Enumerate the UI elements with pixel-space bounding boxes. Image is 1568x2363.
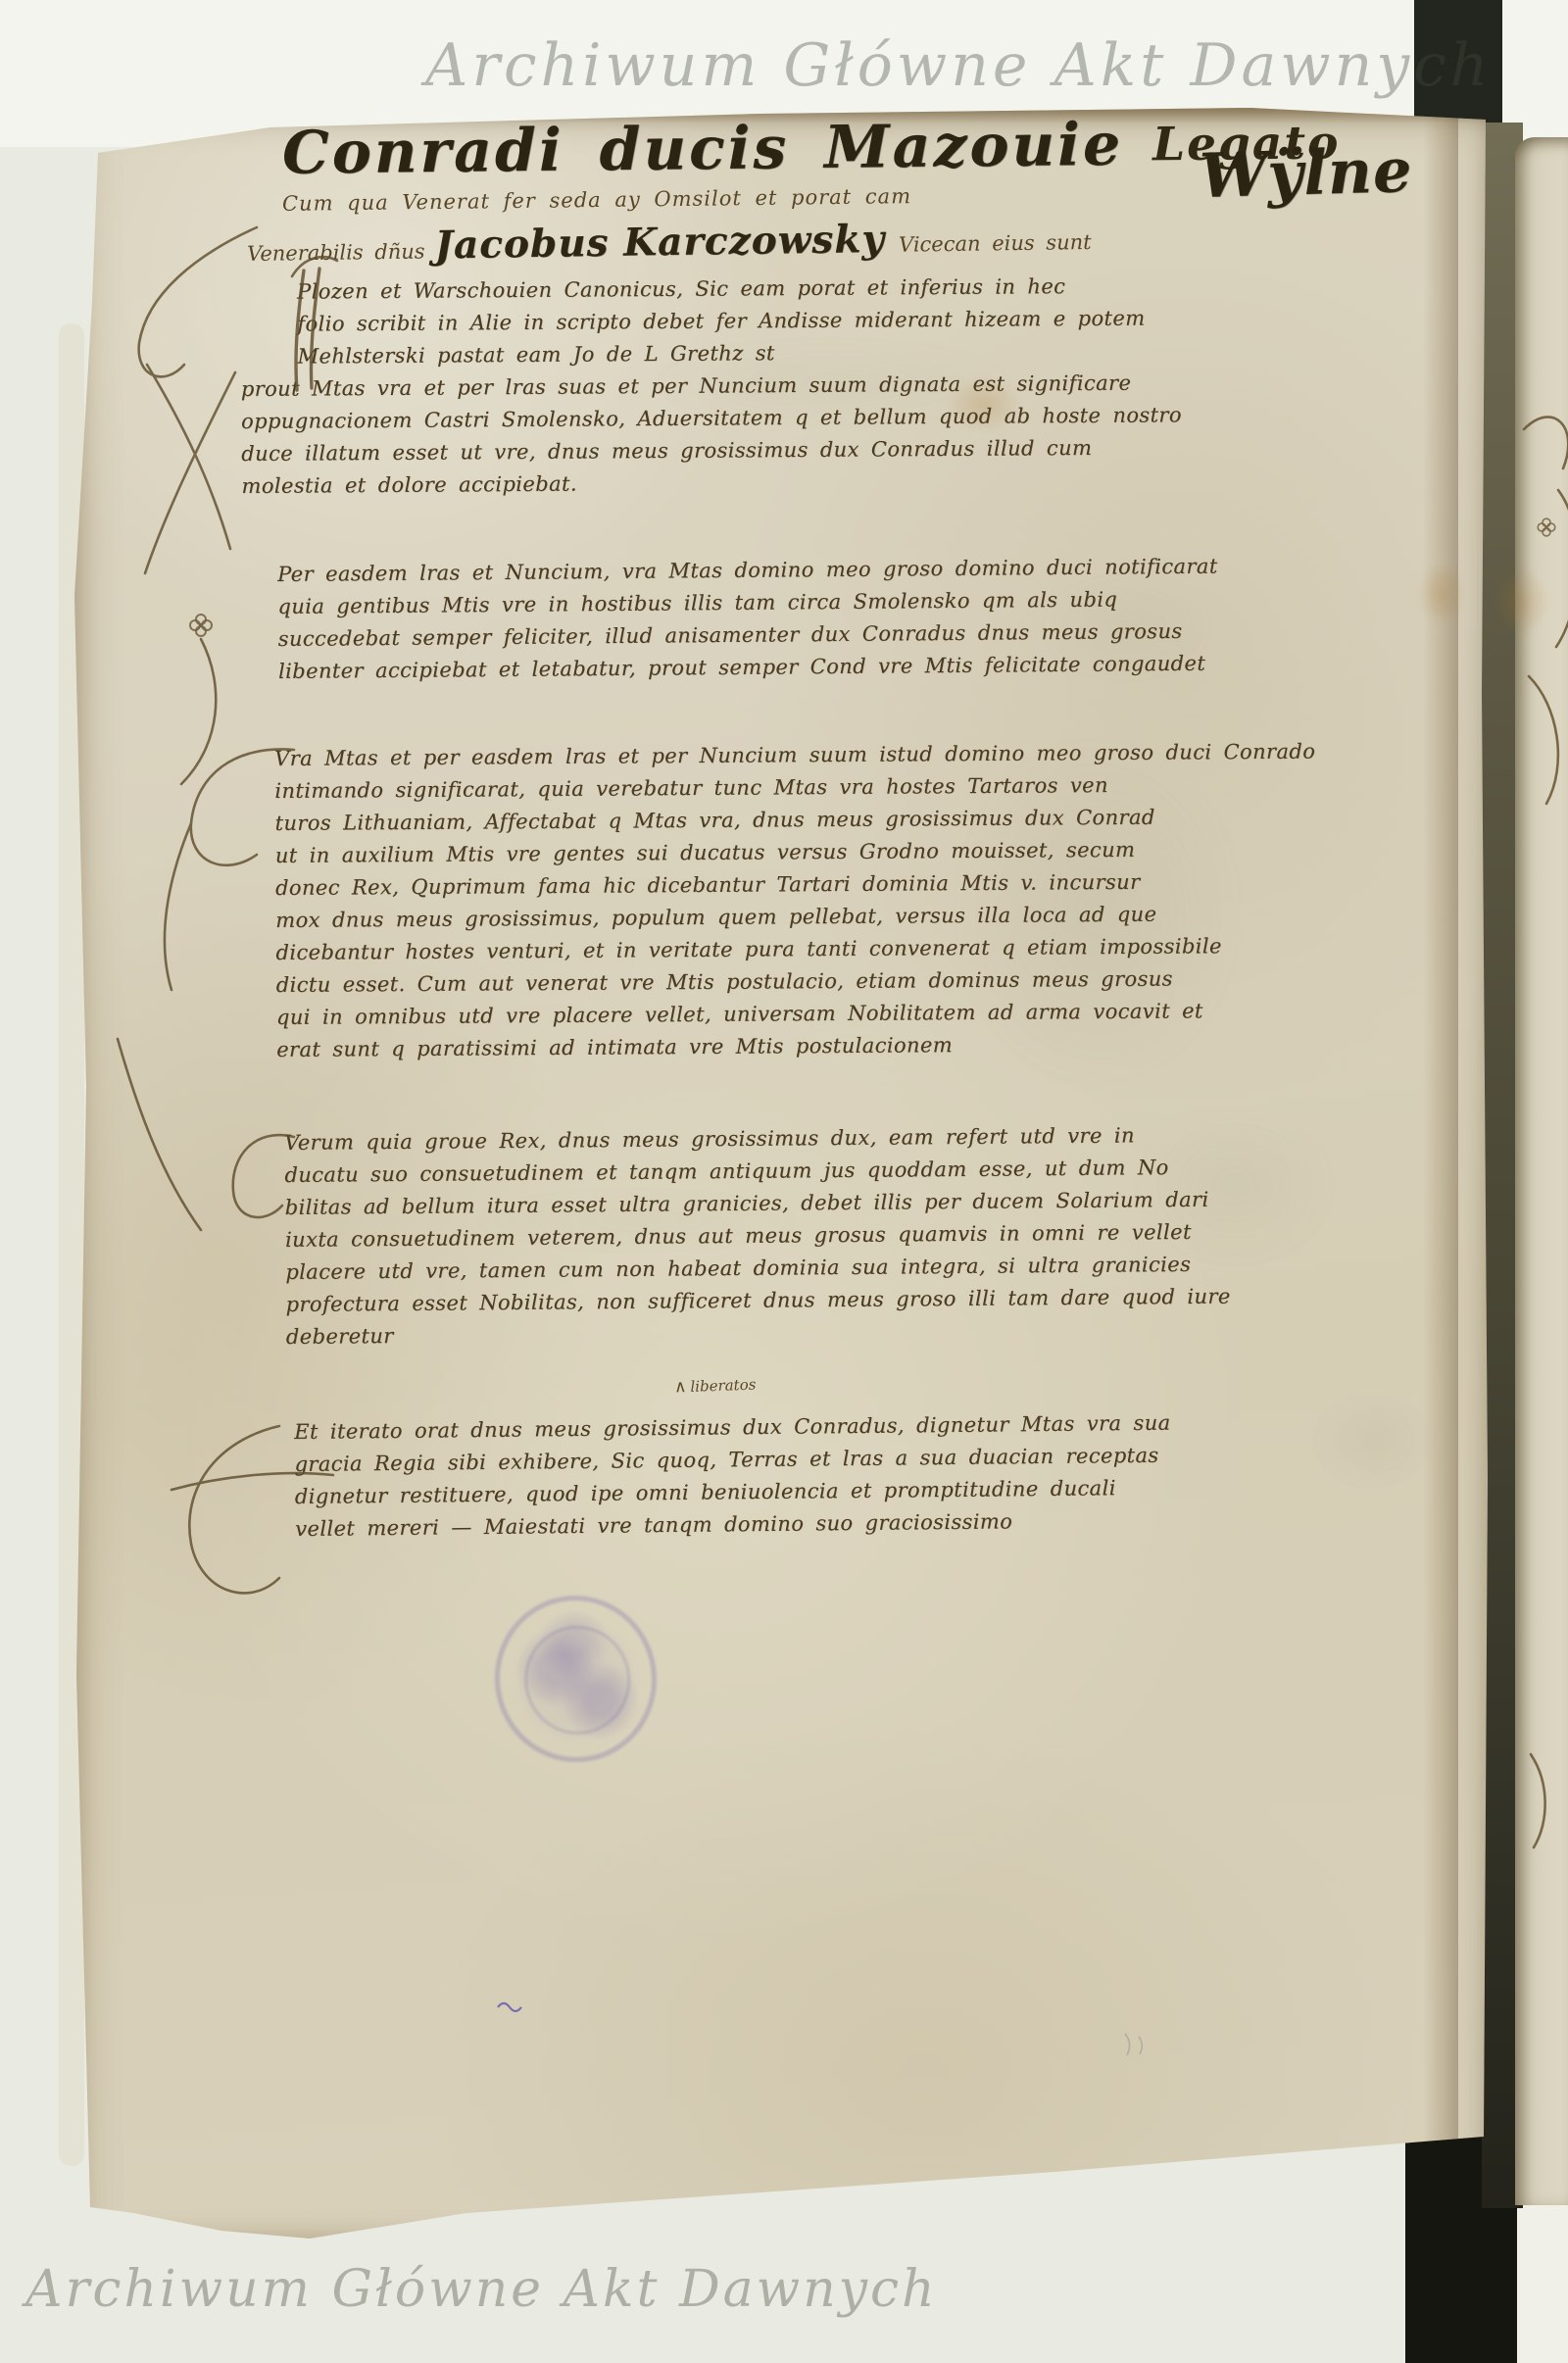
intro-post: Vicecan eius sunt [899, 230, 1092, 257]
paragraph-5: Et iterato orat dnus meus grosissimus du… [294, 1407, 1172, 1546]
quatrefoil-flower-icon [1537, 517, 1555, 536]
intro-line: Venerabilis dñusJacobus KarczowskyViceca… [247, 214, 1092, 271]
paper-stain [1486, 559, 1556, 645]
margin-place-note: Wÿlne [1199, 134, 1413, 212]
paper-stain [1411, 555, 1472, 633]
page-right-crease [1423, 106, 1458, 2244]
paragraph-4: Verum quia groue Rex, dnus meus grosissi… [284, 1119, 1231, 1354]
manuscript-line: folio scribit in Alie in scripto debet f… [297, 302, 1181, 340]
manuscript-line: molestia et dolore accipiebat. [241, 464, 1182, 503]
backdrop-bottom-right [1517, 2205, 1568, 2363]
archive-watermark-bottom: Archiwum Główne Akt Dawnych [25, 2260, 938, 2319]
paragraph-3: Vra Mtas et per easdem lras et per Nunci… [274, 736, 1317, 1066]
paragraph-2: Per easdem lras et Nuncium, vra Mtas dom… [277, 551, 1219, 688]
manuscript-page: Conradi ducis Mazouie Legato Wÿlne Cum q… [74, 106, 1492, 2244]
archive-photo: { "archive_watermark": { "text": "Archiw… [0, 0, 1568, 2363]
caret-mark-icon: ∧ [674, 1377, 687, 1397]
archive-stamp [484, 1585, 667, 1772]
intro-pre: Venerabilis dñus [247, 239, 425, 266]
insertion-word: liberatos [690, 1376, 757, 1396]
ink-showthrough [1289, 1377, 1455, 1504]
facing-page-edge [1515, 137, 1568, 2205]
manuscript-line: duce illatum esset ut vre, dnus meus gro… [241, 431, 1182, 470]
subtitle-line: Cum qua Venerat fer seda ay Omsilot et p… [282, 184, 911, 216]
legate-name: Jacobus Karczowsky [434, 217, 885, 268]
quatrefoil-flower-icon [189, 614, 213, 637]
paragraph-1: Plozen et Warschouien Canonicus, Sic eam… [240, 270, 1182, 503]
archive-stamp-inner-ring [517, 1618, 638, 1742]
interlinear-insertion: ∧liberatos [674, 1375, 757, 1398]
